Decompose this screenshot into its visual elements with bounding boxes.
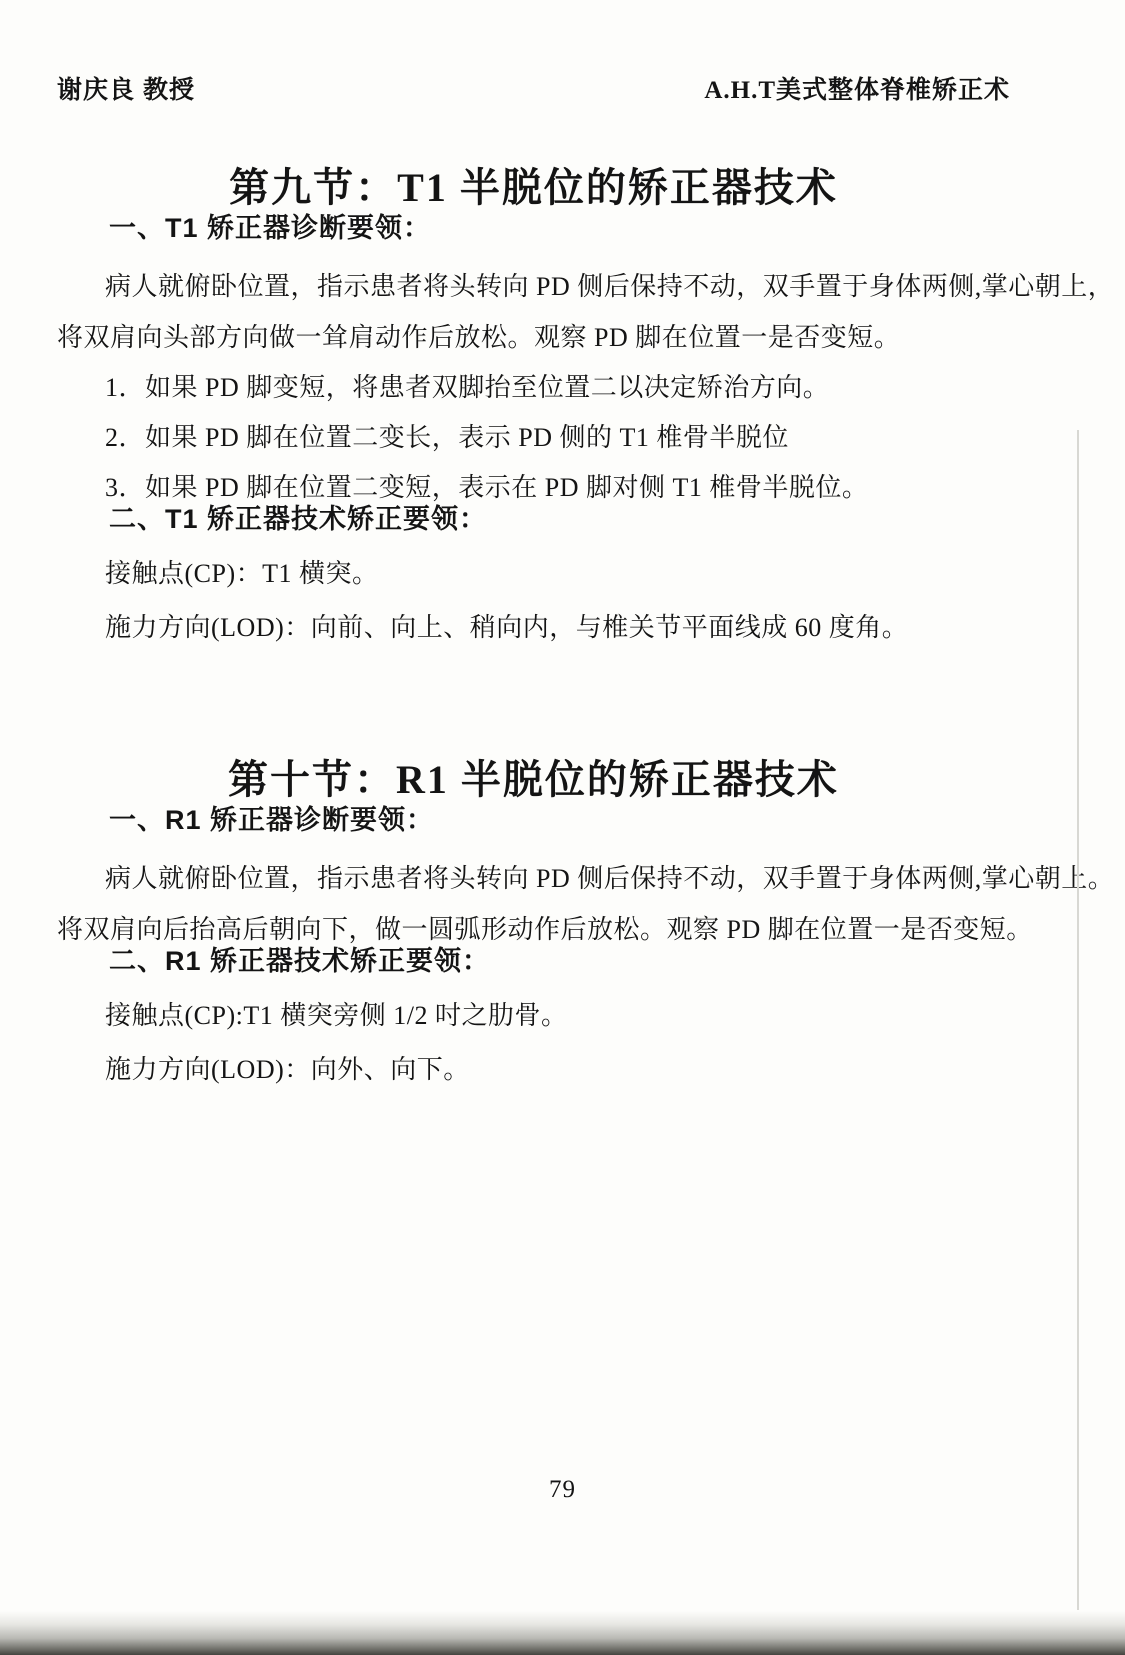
header-book-title: A.H.T美式整体脊椎矫正术 [704, 70, 1010, 106]
document-page: 谢庆良 教授 A.H.T美式整体脊椎矫正术 第九节：T1 半脱位的矫正器技术 一… [0, 0, 1125, 1655]
section9-paragraph-line-2: 将双肩向头部方向做一耸肩动作后放松。观察 PD 脚在位置一是否变短。 [57, 323, 1010, 353]
page-number: 79 [0, 1476, 1125, 1504]
section9-list-item-2: 2．如果 PD 脚在位置二变长，表示 PD 侧的 T1 椎骨半脱位 [57, 423, 1010, 453]
section9-list-item-1: 1．如果 PD 脚变短，将患者双脚抬至位置二以决定矫治方向。 [57, 373, 1010, 403]
scan-artifact-bottom-edge [0, 1611, 1125, 1655]
section9-technique-heading: 二、T1 矫正器技术矫正要领： [109, 503, 1010, 535]
section9-line-of-drive-line: 施力方向(LOD)：向前、向上、稍向内，与椎关节平面线成 60 度角。 [57, 613, 1010, 643]
section9-list-item-3: 3．如果 PD 脚在位置二变短，表示在 PD 脚对侧 T1 椎骨半脱位。 [57, 473, 1010, 503]
section10-line-of-drive-line: 施力方向(LOD)：向外、向下。 [57, 1055, 1010, 1085]
header-author: 谢庆良 教授 [57, 70, 195, 106]
scan-artifact-right-edge [1077, 430, 1079, 1610]
section10-contact-point-line: 接触点(CP):T1 横突旁侧 1/2 吋之肋骨。 [57, 1001, 1010, 1031]
section9-diagnosis-heading: 一、T1 矫正器诊断要领： [109, 212, 1010, 244]
section10-title: 第十节：R1 半脱位的矫正器技术 [57, 756, 1010, 804]
section10-paragraph-line-2: 将双肩向后抬高后朝向下，做一圆弧形动作后放松。观察 PD 脚在位置一是否变短。 [57, 915, 1010, 945]
section9-title: 第九节：T1 半脱位的矫正器技术 [57, 164, 1010, 212]
page-header: 谢庆良 教授 A.H.T美式整体脊椎矫正术 [57, 70, 1010, 106]
section9-paragraph-line-1: 病人就俯卧位置，指示患者将头转向 PD 侧后保持不动，双手置于身体两侧,掌心朝上… [57, 272, 1010, 302]
page-content: 谢庆良 教授 A.H.T美式整体脊椎矫正术 第九节：T1 半脱位的矫正器技术 一… [0, 0, 1125, 1085]
section10-diagnosis-heading: 一、R1 矫正器诊断要领： [109, 804, 1010, 836]
section10-paragraph-line-1: 病人就俯卧位置，指示患者将头转向 PD 侧后保持不动，双手置于身体两侧,掌心朝上… [57, 864, 1010, 894]
section10-technique-heading: 二、R1 矫正器技术矫正要领： [109, 945, 1010, 977]
section9-contact-point-line: 接触点(CP)：T1 横突。 [57, 559, 1010, 589]
